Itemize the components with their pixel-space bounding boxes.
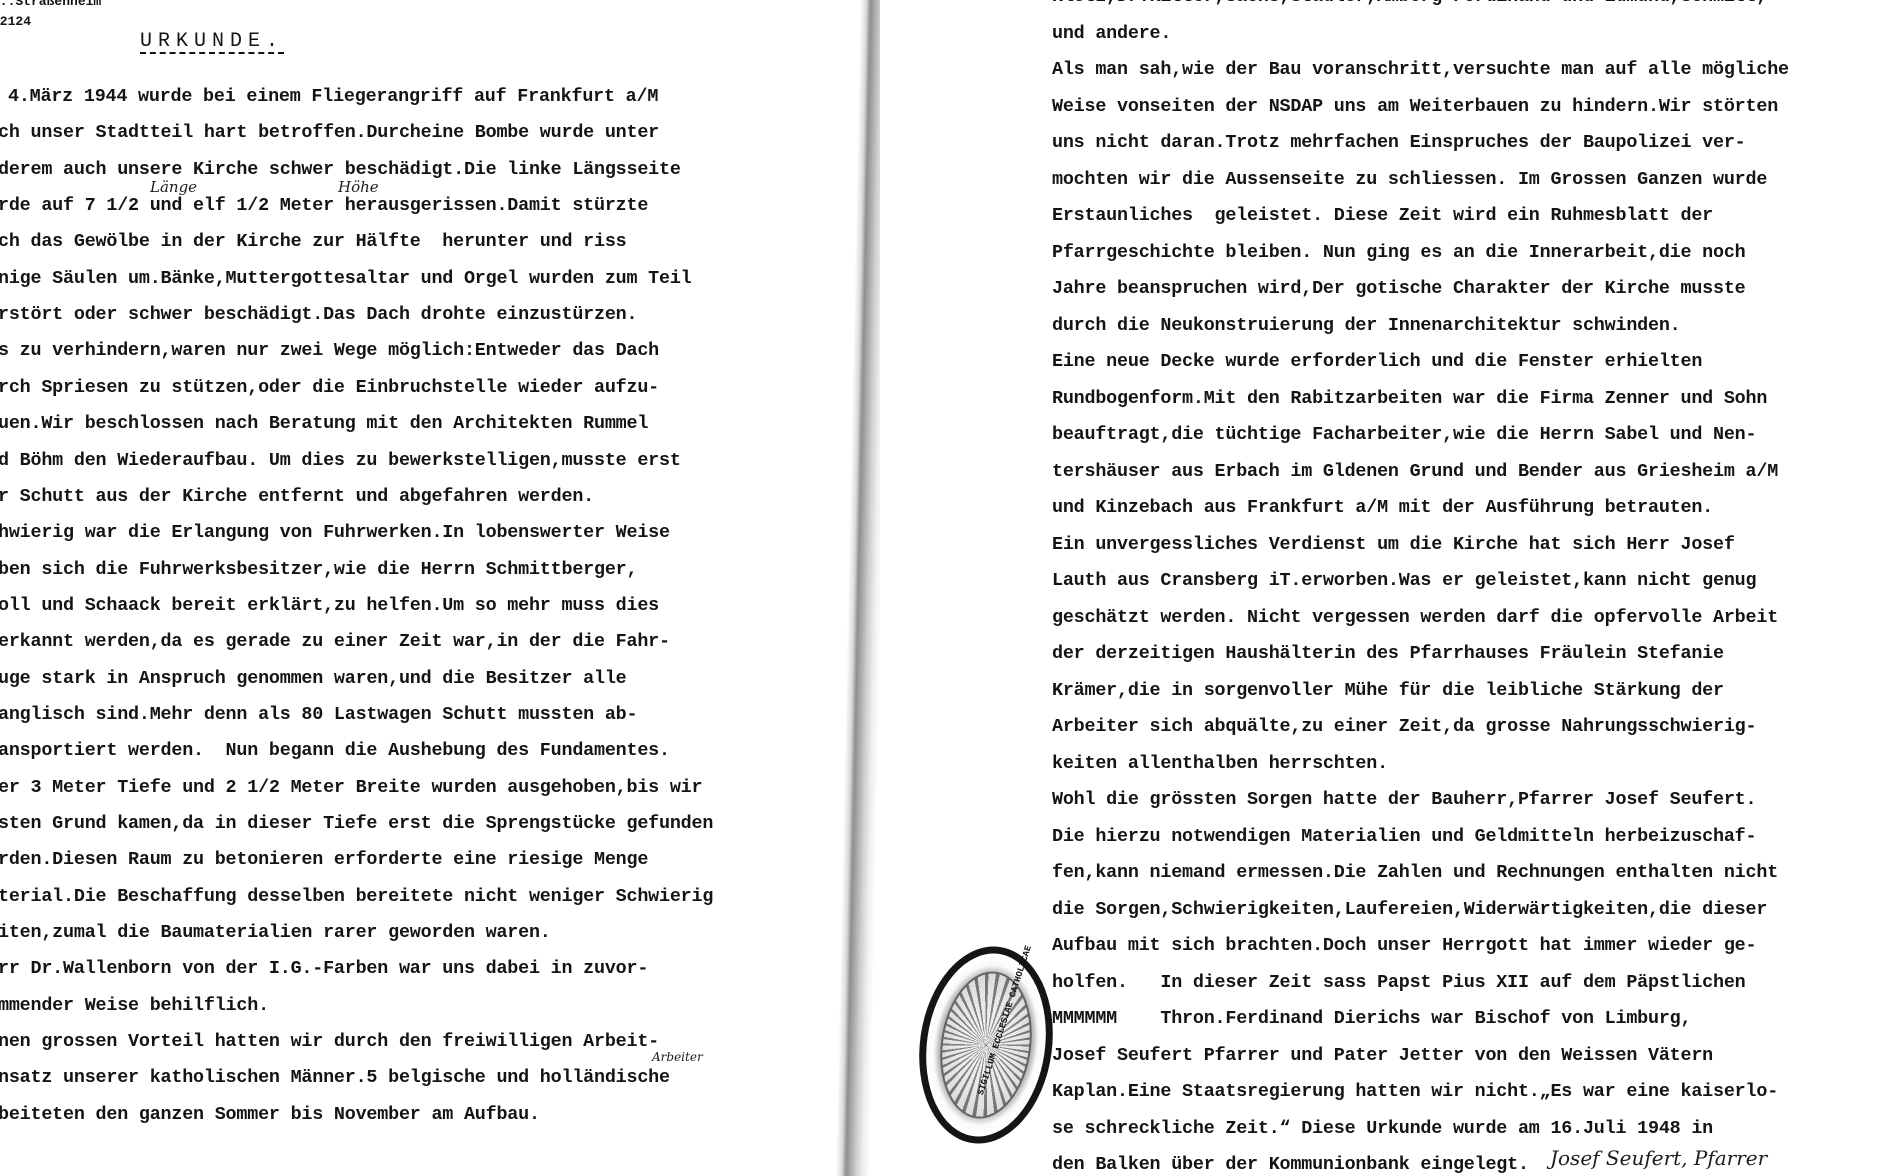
text-line: sten Grund kamen,da in dieser Tiefe erst… — [0, 813, 713, 835]
text-line: rde auf 7 1/2 und elf 1/2 Meter herausge… — [0, 195, 648, 217]
text-line: und Kinzebach aus Frankfurt a/M mit der … — [1052, 497, 1713, 519]
left-page: ...Straßenheim 82124 URKUNDE. 4.März 194… — [0, 0, 852, 1176]
text-line: 4.März 1944 wurde bei einem Fliegerangri… — [8, 86, 658, 108]
text-line: tershäuser aus Erbach im Gldenen Grund u… — [1052, 461, 1778, 483]
text-line: und andere. — [1052, 23, 1171, 45]
text-line: rch Spriesen zu stützen,oder die Einbruc… — [0, 377, 659, 399]
text-line: den Balken über der Kommunionbank eingel… — [1052, 1154, 1529, 1176]
text-line: iten,zumal die Baumaterialien rarer gewo… — [0, 922, 551, 944]
text-line: Aufbau mit sich brachten.Doch unser Herr… — [1052, 935, 1756, 957]
handwritten-note-arbeiter: Arbeiter — [652, 1050, 703, 1064]
text-line: Pfarrgeschichte bleiben. Nun ging es an … — [1052, 242, 1746, 264]
text-line: Kaplan.Eine Staatsregierung hatten wir n… — [1052, 1081, 1778, 1103]
text-line: die Sorgen,Schwierigkeiten,Laufereien,Wi… — [1052, 899, 1767, 921]
text-line: rstört oder schwer beschädigt.Das Dach d… — [0, 304, 637, 326]
text-line: anglisch sind.Mehr denn als 80 Lastwagen… — [0, 704, 637, 726]
handwritten-note-hoehe: Höhe — [338, 178, 379, 196]
text-line: s zu verhindern,waren nur zwei Wege mögl… — [0, 340, 659, 362]
text-line: nen grossen Vorteil hatten wir durch den… — [0, 1031, 659, 1053]
text-line: Als man sah,wie der Bau voranschritt,ver… — [1052, 59, 1789, 81]
text-line: nsatz unserer katholischen Männer.5 belg… — [0, 1067, 670, 1089]
handwritten-note-laenge: Länge — [150, 178, 197, 196]
document-title: URKUNDE. — [140, 30, 284, 53]
text-line: Die hierzu notwendigen Materialien und G… — [1052, 826, 1756, 848]
text-line: ansportiert werden. Nun begann die Aushe… — [0, 740, 670, 762]
text-line: rden.Diesen Raum zu betonieren erfordert… — [0, 849, 648, 871]
text-line: er 3 Meter Tiefe und 2 1/2 Meter Breite … — [0, 777, 702, 799]
text-line: se schreckliche Zeit.“ Diese Urkunde wur… — [1052, 1118, 1713, 1140]
archive-number: 82124 — [0, 14, 31, 29]
text-line: erkannt werden,da es gerade zu einer Zei… — [0, 631, 670, 653]
text-line: d Böhm den Wiederaufbau. Um dies zu bewe… — [0, 450, 681, 472]
text-line: mmender Weise behilflich. — [0, 995, 269, 1017]
text-line: beiteten den ganzen Sommer bis November … — [0, 1104, 540, 1126]
text-line: der derzeitigen Haushälterin des Pfarrha… — [1052, 643, 1724, 665]
text-line: beauftragt,die tüchtige Facharbeiter,wie… — [1052, 424, 1756, 446]
text-line: ben sich die Fuhrwerksbesitzer,wie die H… — [0, 559, 637, 581]
seal-emblem — [931, 965, 1041, 1124]
text-line: Erstaunliches geleistet. Diese Zeit wird… — [1052, 205, 1713, 227]
text-line: fen,kann niemand ermessen.Die Zahlen und… — [1052, 862, 1778, 884]
text-line: terial.Die Beschaffung desselben bereite… — [0, 886, 713, 908]
text-line: Wohl die grössten Sorgen hatte der Bauhe… — [1052, 789, 1756, 811]
text-line: r Schutt aus der Kirche entfernt und abg… — [0, 486, 594, 508]
text-line: nige Säulen um.Bänke,Muttergottesaltar u… — [0, 268, 692, 290]
text-line: Klotz,Dr.Ritter,Sachs,Stadler,Amberg Fer… — [1052, 0, 1767, 8]
text-line: Rundbogenform.Mit den Rabitzarbeiten war… — [1052, 388, 1767, 410]
archive-header: ...Straßenheim — [0, 0, 101, 9]
text-line: Jahre beanspruchen wird,Der gotische Cha… — [1052, 278, 1746, 300]
text-line: MMMMMM Thron.Ferdinand Dierichs war Bisc… — [1052, 1008, 1691, 1030]
text-line: Eine neue Decke wurde erforderlich und d… — [1052, 351, 1702, 373]
text-line: Lauth aus Cransberg iT.erworben.Was er g… — [1052, 570, 1756, 592]
text-line: uge stark in Anspruch genommen waren,und… — [0, 668, 627, 690]
text-line: rr Dr.Wallenborn von der I.G.-Farben war… — [0, 958, 648, 980]
text-line: hwierig war die Erlangung von Fuhrwerken… — [0, 522, 670, 544]
text-line: Josef Seufert Pfarrer und Pater Jetter v… — [1052, 1045, 1713, 1067]
text-line: ch unser Stadtteil hart betroffen.Durche… — [0, 122, 659, 144]
text-line: durch die Neukonstruierung der Innenarch… — [1052, 315, 1681, 337]
text-line: ch das Gewölbe in der Kirche zur Hälfte … — [0, 231, 627, 253]
text-line: Krämer,die in sorgenvoller Mühe für die … — [1052, 680, 1724, 702]
text-line: keiten allenthalben herrschten. — [1052, 753, 1388, 775]
signature: Josef Seufert, Pfarrer — [1550, 1146, 1767, 1170]
text-line: oll und Schaack bereit erklärt,zu helfen… — [0, 595, 659, 617]
text-line: uen.Wir beschlossen nach Beratung mit de… — [0, 413, 648, 435]
text-line: holfen. In dieser Zeit sass Papst Pius X… — [1052, 972, 1746, 994]
text-line: Ein unvergessliches Verdienst um die Kir… — [1052, 534, 1735, 556]
text-line: Weise vonseiten der NSDAP uns am Weiterb… — [1052, 96, 1778, 118]
text-line: geschätzt werden. Nicht vergessen werden… — [1052, 607, 1778, 629]
text-line: Arbeiter sich abquälte,zu einer Zeit,da … — [1052, 716, 1756, 738]
text-line: uns nicht daran.Trotz mehrfachen Einspru… — [1052, 132, 1746, 154]
text-line: mochten wir die Aussenseite zu schliesse… — [1052, 169, 1767, 191]
